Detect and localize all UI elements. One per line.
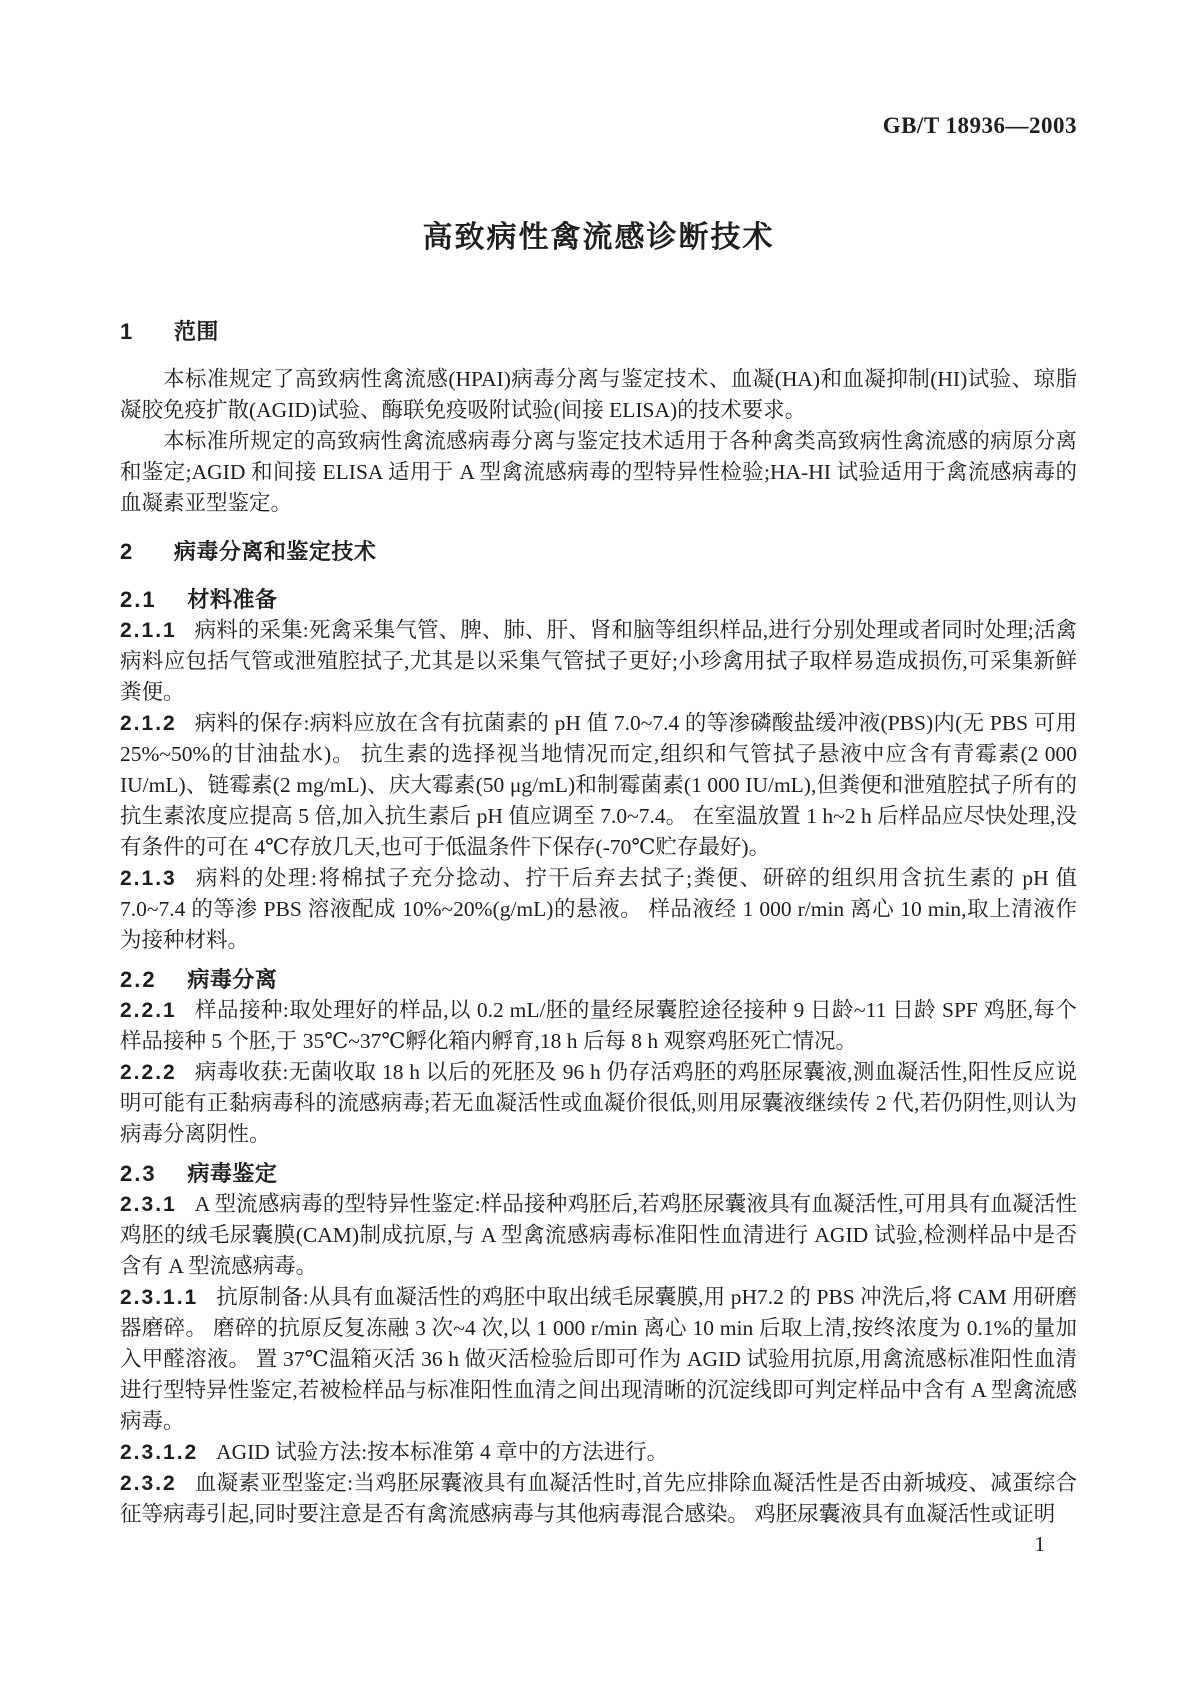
standard-code: GB/T 18936—2003	[120, 112, 1077, 140]
paragraph: 本标准规定了高致病性禽流感(HPAI)病毒分离与鉴定技术、血凝(HA)和血凝抑制…	[120, 364, 1077, 426]
section-heading-2: 2病毒分离和鉴定技术	[120, 536, 1077, 567]
clause-text: AGID 试验方法:按本标准第 4 章中的方法进行。	[216, 1440, 668, 1464]
section-number: 1	[120, 319, 134, 344]
clause-text: A 型流感病毒的型特异性鉴定:样品接种鸡胚后,若鸡胚尿囊液具有血凝活性,可用具有…	[120, 1192, 1077, 1278]
section-title: 范围	[174, 319, 219, 344]
document-page: GB/T 18936—2003 高致病性禽流感诊断技术 1范围本标准规定了高致病…	[0, 0, 1191, 1684]
section-number: 2	[120, 539, 134, 564]
clause-text: 血凝素亚型鉴定:当鸡胚尿囊液具有血凝活性时,首先应排除血凝活性是否由新城疫、减蛋…	[120, 1471, 1077, 1526]
clause-2-3-1-1: 2.3.1.1抗原制备:从具有血凝活性的鸡胚中取出绒毛尿囊膜,用 pH7.2 的…	[120, 1282, 1077, 1437]
clause-text: 病料的保存:病料应放在含有抗菌素的 pH 值 7.0~7.4 的等渗磷酸盐缓冲液…	[120, 711, 1077, 859]
section-heading-2-3: 2.3病毒鉴定	[120, 1158, 1077, 1189]
clause-number: 2.2.2	[120, 1061, 177, 1084]
section-number: 2.3	[120, 1161, 157, 1186]
clause-text: 样品接种:取处理好的样品,以 0.2 mL/胚的量经尿囊腔途径接种 9 日龄~1…	[120, 998, 1077, 1053]
clause-text: 病毒收获:无菌收取 18 h 以后的死胚及 96 h 仍存活鸡胚的鸡胚尿囊液,测…	[120, 1060, 1077, 1146]
section-number: 2.1	[120, 587, 157, 612]
section-title: 病毒分离和鉴定技术	[174, 539, 377, 564]
clause-2-3-1-2: 2.3.1.2AGID 试验方法:按本标准第 4 章中的方法进行。	[120, 1437, 1077, 1468]
clause-2-3-2: 2.3.2血凝素亚型鉴定:当鸡胚尿囊液具有血凝活性时,首先应排除血凝活性是否由新…	[120, 1468, 1077, 1530]
clause-number: 2.3.1.2	[120, 1441, 198, 1464]
clause-number: 2.3.2	[120, 1472, 177, 1495]
clause-number: 2.1.1	[120, 619, 177, 642]
section-heading-1: 1范围	[120, 316, 1077, 347]
section-title: 病毒分离	[187, 967, 277, 992]
section-heading-2-2: 2.2病毒分离	[120, 964, 1077, 995]
clause-2-2-2: 2.2.2病毒收获:无菌收取 18 h 以后的死胚及 96 h 仍存活鸡胚的鸡胚…	[120, 1057, 1077, 1150]
clause-2-3-1: 2.3.1A 型流感病毒的型特异性鉴定:样品接种鸡胚后,若鸡胚尿囊液具有血凝活性…	[120, 1189, 1077, 1282]
section-title: 病毒鉴定	[187, 1161, 277, 1186]
clause-2-1-3: 2.1.3病料的处理:将棉拭子充分捻动、拧干后弃去拭子;粪便、研碎的组织用含抗生…	[120, 863, 1077, 956]
section-number: 2.2	[120, 967, 157, 992]
clause-text: 抗原制备:从具有血凝活性的鸡胚中取出绒毛尿囊膜,用 pH7.2 的 PBS 冲洗…	[120, 1285, 1077, 1433]
clause-number: 2.3.1.1	[120, 1286, 198, 1309]
paragraph: 本标准所规定的高致病性禽流感病毒分离与鉴定技术适用于各种禽类高致病性禽流感的病原…	[120, 426, 1077, 519]
document-title: 高致病性禽流感诊断技术	[120, 220, 1077, 256]
clause-2-1-2: 2.1.2病料的保存:病料应放在含有抗菌素的 pH 值 7.0~7.4 的等渗磷…	[120, 708, 1077, 863]
section-title: 材料准备	[187, 587, 277, 612]
clause-2-1-1: 2.1.1病料的采集:死禽采集气管、脾、肺、肝、肾和脑等组织样品,进行分别处理或…	[120, 615, 1077, 708]
page-number: 1	[1035, 1530, 1046, 1558]
clause-text: 病料的处理:将棉拭子充分捻动、拧干后弃去拭子;粪便、研碎的组织用含抗生素的 pH…	[120, 866, 1077, 952]
document-body: 1范围本标准规定了高致病性禽流感(HPAI)病毒分离与鉴定技术、血凝(HA)和血…	[120, 316, 1077, 1530]
clause-number: 2.3.1	[120, 1193, 177, 1216]
clause-number: 2.1.3	[120, 867, 177, 890]
clause-number: 2.2.1	[120, 999, 177, 1022]
section-heading-2-1: 2.1材料准备	[120, 584, 1077, 615]
clause-2-2-1: 2.2.1样品接种:取处理好的样品,以 0.2 mL/胚的量经尿囊腔途径接种 9…	[120, 995, 1077, 1057]
clause-text: 病料的采集:死禽采集气管、脾、肺、肝、肾和脑等组织样品,进行分别处理或者同时处理…	[120, 618, 1077, 704]
clause-number: 2.1.2	[120, 712, 177, 735]
